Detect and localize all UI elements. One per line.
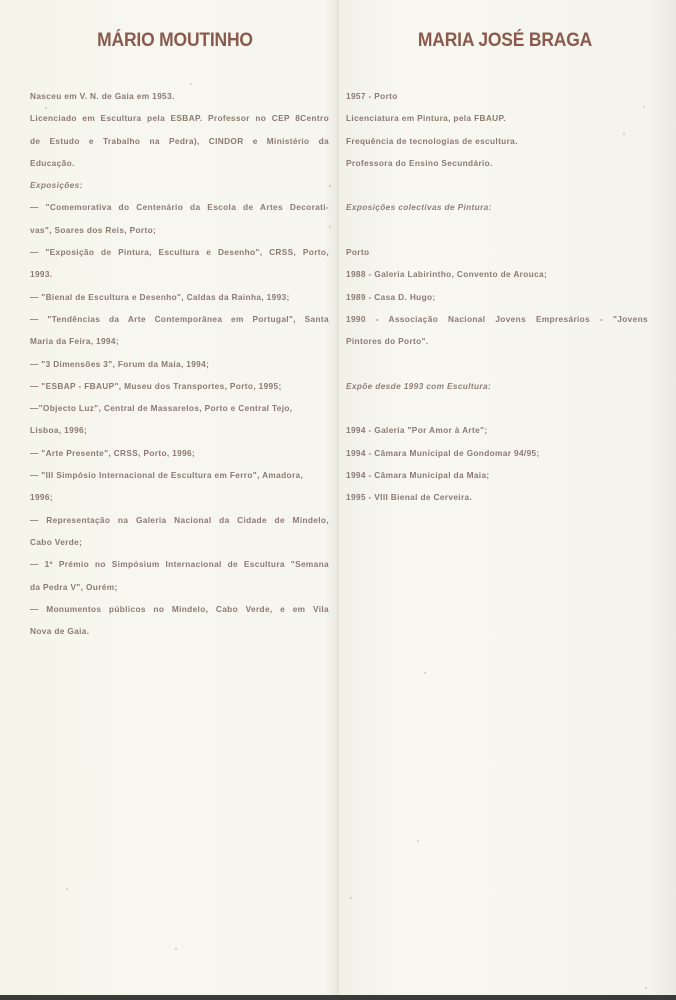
text-line: — "Bienal de Escultura e Desenho", Calda…	[30, 286, 329, 308]
text-line: 1996;	[30, 486, 329, 508]
text-line: — Monumentos públicos no Mindelo, Cabo V…	[30, 598, 329, 620]
text-line: Nova de Gaia.	[30, 620, 329, 642]
paper-speck	[329, 185, 331, 187]
text-line: — "Tendências da Arte Contemporânea em P…	[30, 308, 329, 330]
paper-speck	[645, 987, 647, 989]
paper-speck	[643, 106, 645, 108]
text-line: 1994 - Galeria "Por Amor à Arte";	[346, 419, 648, 441]
text-line: Porto	[346, 241, 648, 263]
spacer	[346, 353, 648, 375]
paper-speck	[417, 840, 419, 842]
left-page: MÁRIO MOUTINHO Nasceu em V. N. de Gaia e…	[0, 0, 338, 995]
text-line: — "Arte Presente", CRSS, Porto, 1996;	[30, 442, 329, 464]
paper-speck	[623, 133, 625, 135]
paper-speck	[350, 897, 352, 899]
paper-speck	[66, 888, 68, 890]
text-line: — "Comemorativa do Centenário da Escola …	[30, 196, 329, 218]
scan-bottom-edge	[0, 995, 676, 1000]
text-line: 1994 - Câmara Municipal da Maia;	[346, 464, 648, 486]
text-line: Nasceu em V. N. de Gaia em 1953.	[30, 85, 329, 107]
text-line: — "III Simpósio Internacional de Escultu…	[30, 464, 329, 486]
text-line: 1957 - Porto	[346, 85, 648, 107]
artist-name-heading: MARIA JOSÉ BRAGA	[350, 30, 661, 52]
artist-biography: 1957 - PortoLicenciatura em Pintura, pel…	[346, 85, 648, 509]
spacer	[346, 397, 648, 419]
text-line: 1993.	[30, 263, 329, 285]
text-line: — "3 Dimensões 3", Forum da Maia, 1994;	[30, 353, 329, 375]
paper-speck	[424, 672, 426, 674]
text-line: Frequência de tecnologias de escultura.	[346, 130, 648, 152]
text-line: Pintores do Porto".	[346, 330, 648, 352]
text-line: 1988 - Galeria Labirintho, Convento de A…	[346, 263, 648, 285]
text-line: 1994 - Câmara Municipal de Gondomar 94/9…	[346, 442, 648, 464]
text-line: 1990 - Associação Nacional Jovens Empres…	[346, 308, 648, 330]
text-line: Maria da Feira, 1994;	[30, 330, 329, 352]
section-heading: Expõe desde 1993 com Escultura:	[346, 375, 648, 397]
artist-name-heading: MÁRIO MOUTINHO	[20, 30, 331, 52]
text-line: de Estudo e Trabalho na Pedra), CINDOR e…	[30, 130, 329, 152]
section-heading: Exposições:	[30, 174, 329, 196]
text-line: Lisboa, 1996;	[30, 419, 329, 441]
text-line: vas", Soares dos Reis, Porto;	[30, 219, 329, 241]
right-page: MARIA JOSÉ BRAGA 1957 - PortoLicenciatur…	[338, 0, 676, 995]
text-line: Licenciado em Escultura pela ESBAP. Prof…	[30, 107, 329, 129]
text-line: — "Exposição de Pintura, Escultura e Des…	[30, 241, 329, 263]
text-line: —"Objecto Luz", Central de Massarelos, P…	[30, 397, 329, 419]
text-line: 1989 - Casa D. Hugo;	[346, 286, 648, 308]
text-line: Licenciatura em Pintura, pela FBAUP.	[346, 107, 648, 129]
paper-speck	[190, 83, 192, 85]
spacer	[346, 219, 648, 241]
text-line: — Representação na Galeria Nacional da C…	[30, 509, 329, 531]
artist-biography: Nasceu em V. N. de Gaia em 1953.Licencia…	[30, 85, 329, 642]
paper-speck	[45, 107, 47, 109]
text-line: 1995 - VIII Bienal de Cerveira.	[346, 486, 648, 508]
text-line: — 1º Prémio no Simpósium Internacional d…	[30, 553, 329, 575]
text-line: Cabo Verde;	[30, 531, 329, 553]
text-line: — "ESBAP - FBAUP", Museu dos Transportes…	[30, 375, 329, 397]
paper-speck	[329, 226, 331, 228]
text-line: Educação.	[30, 152, 329, 174]
text-line: Professora do Ensino Secundário.	[346, 152, 648, 174]
spacer	[346, 174, 648, 196]
text-line: da Pedra V", Ourém;	[30, 576, 329, 598]
section-heading: Exposições colectivas de Pintura:	[346, 196, 648, 218]
paper-speck	[175, 948, 177, 950]
